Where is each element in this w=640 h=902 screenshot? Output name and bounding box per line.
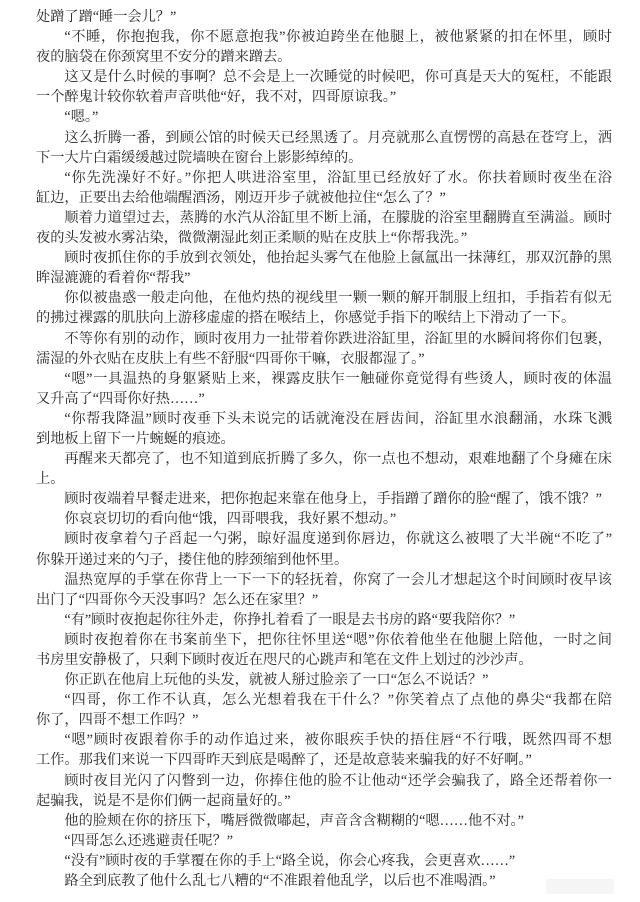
text-line: 这么折腾一番，到顾公馆的时候天已经黑透了。月亮就那么直愣愣的高悬在苍穹上，洒 — [36, 128, 612, 148]
text-line: 顺着力道望过去，蒸腾的水汽从浴缸里不断上涌，在朦胧的浴室里翻腾直至满溢。顾时 — [36, 208, 612, 228]
text-line: 路全到底教了他什么乱七八糟的“不准跟着他乱学，以后也不准喝酒。” — [36, 871, 612, 891]
text-line: 的拂过裸露的肌肤向上游移虚虚的搭在喉结上，你感觉手指下的喉结上下滑动了一下。 — [36, 308, 612, 328]
text-line: 又升高了“四哥你好热……” — [36, 389, 612, 409]
text-line: 你正趴在他肩上玩他的头发，就被人掰过脸亲了一口“怎么不说话？” — [36, 670, 612, 690]
text-line: 温热宽厚的手掌在你背上一下一下的轻抚着，你窝了一会儿才想起这个时间顾时夜早该 — [36, 570, 612, 590]
text-line: 你似被蛊惑一般走向他，在他灼热的视线里一颗一颗的解开制服上纽扣，手指若有似无 — [36, 288, 612, 308]
text-line: 起骗我，说是不是你们俩一起商量好的。” — [36, 791, 612, 811]
text-line: 顾时夜抱着你在书案前坐下，把你往怀里送“嗯”你依着他坐在他腿上陪他，一时之间 — [36, 630, 612, 650]
text-line: 不等你有别的动作，顾时夜用力一扯带着你跌进浴缸里，浴缸里的水瞬间将你们包裹， — [36, 329, 612, 349]
faint-watermark — [546, 879, 614, 894]
text-line: “你帮我降温”顾时夜垂下头未说完的话就淹没在唇齿间，浴缸里水浪翻涌，水珠飞溅 — [36, 409, 612, 429]
text-line: 你了，四哥不想工作吗？” — [36, 710, 612, 730]
text-line: 到地板上留下一片蜿蜒的痕迹。 — [36, 429, 612, 449]
text-line: 缸边，正要出去给他端醒酒汤，刚迈开步子就被他拉住“怎么了？” — [36, 188, 612, 208]
text-line: 处蹭了蹭“睡一会儿？” — [36, 7, 612, 27]
text-line: 下一大片白霜缓缓越过院墙映在窗台上影影绰绰的。 — [36, 148, 612, 168]
text-line: 濡湿的外衣贴在皮肤上有些不舒服“四哥你干嘛，衣服都湿了。” — [36, 349, 612, 369]
text-line: “有”顾时夜抱起你往外走，你挣扎着看了一眼是去书房的路“要我陪你？” — [36, 610, 612, 630]
text-line: 顾时夜拿着勺子舀起一勺粥，晾好温度递到你唇边，你就这么被喂了大半碗“不吃了” — [36, 529, 612, 549]
text-line: “没有”顾时夜的手掌覆在你的手上“路全说，你会心疼我，会更喜欢……” — [36, 851, 612, 871]
text-line: 再醒来天都亮了，也不知道到底折腾了多久，你一点也不想动，艰难地翻了个身瘫在床 — [36, 449, 612, 469]
text-line: 顾时夜抓住你的手放到衣领处，他抬起头雾气在他脸上氤氲出一抹薄红，那双沉静的黑 — [36, 248, 612, 268]
text-line: 他的脸颊在你的挤压下，嘴唇微微嘟起，声音含含糊糊的“嗯……他不对。” — [36, 811, 612, 831]
text-line: 你哀哀切切的看向他“饿，四哥喂我，我好累不想动。” — [36, 509, 612, 529]
text-line: 上。 — [36, 469, 612, 489]
text-lines: 处蹭了蹭“睡一会儿？”“不睡，你抱抱我，你不愿意抱我”你被迫跨坐在他腿上，被他紧… — [36, 7, 612, 891]
text-line: 这又是什么时候的事啊？总不会是上一次睡觉的时候吧，你可真是天大的冤枉，不能跟 — [36, 67, 612, 87]
text-line: 顾时夜端着早餐走进来，把你抱起来靠在他身上，手指蹭了蹭你的脸“醒了，饿不饿？” — [36, 489, 612, 509]
text-line: 夜的脑袋在你颈窝里不安分的蹭来蹭去。 — [36, 47, 612, 67]
text-line: “嗯”顾时夜跟着你手的动作追过来，被你眼疾手快的捂住唇“不行哦，既然四哥不想 — [36, 730, 612, 750]
text-line: 夜的头发被水雾沾染，微微潮湿此刻正柔顺的贴在皮肤上“你帮我洗。” — [36, 228, 612, 248]
text-line: 工作。那我们来说一下四哥昨天到底是喝醉了，还是故意装来骗我的好不好啊。” — [36, 750, 612, 770]
text-line: 出门了“四哥你今天没事吗？怎么还在家里？” — [36, 590, 612, 610]
text-line: “四哥，你工作不认真，怎么光想着我在干什么？”你笑着点了点他的鼻尖“我都在陪 — [36, 690, 612, 710]
text-line: 眸湿漉漉的看着你“帮我” — [36, 268, 612, 288]
text-line: 顾时夜目光闪了闪瞥到一边，你捧住他的脸不让他动“还学会骗我了，路全还帮着你一 — [36, 771, 612, 791]
text-line: 书房里安静极了，只剩下顾时夜近在咫尺的心跳声和笔在文件上划过的沙沙声。 — [36, 650, 612, 670]
text-line: “嗯”一具温热的身躯紧贴上来，裸露皮肤乍一触碰你竟觉得有些烫人，顾时夜的体温 — [36, 369, 612, 389]
text-line: “四哥怎么还逃避责任呢？” — [36, 831, 612, 851]
text-line: “嗯。” — [36, 107, 612, 127]
document-page: 处蹭了蹭“睡一会儿？”“不睡，你抱抱我，你不愿意抱我”你被迫跨坐在他腿上，被他紧… — [0, 0, 640, 902]
text-line: 一个醉鬼计较你软着声音哄他“好，我不对，四哥原谅我。” — [36, 87, 612, 107]
text-line: “不睡，你抱抱我，你不愿意抱我”你被迫跨坐在他腿上，被他紧紧的扣在怀里，顾时 — [36, 27, 612, 47]
text-line: 你躲开递过来的勺子，搂住他的脖颈缩到他怀里。 — [36, 550, 612, 570]
text-line: “你先洗澡好不好。”你把人哄进浴室里，浴缸里已经放好了水。你扶着顾时夜坐在浴 — [36, 168, 612, 188]
